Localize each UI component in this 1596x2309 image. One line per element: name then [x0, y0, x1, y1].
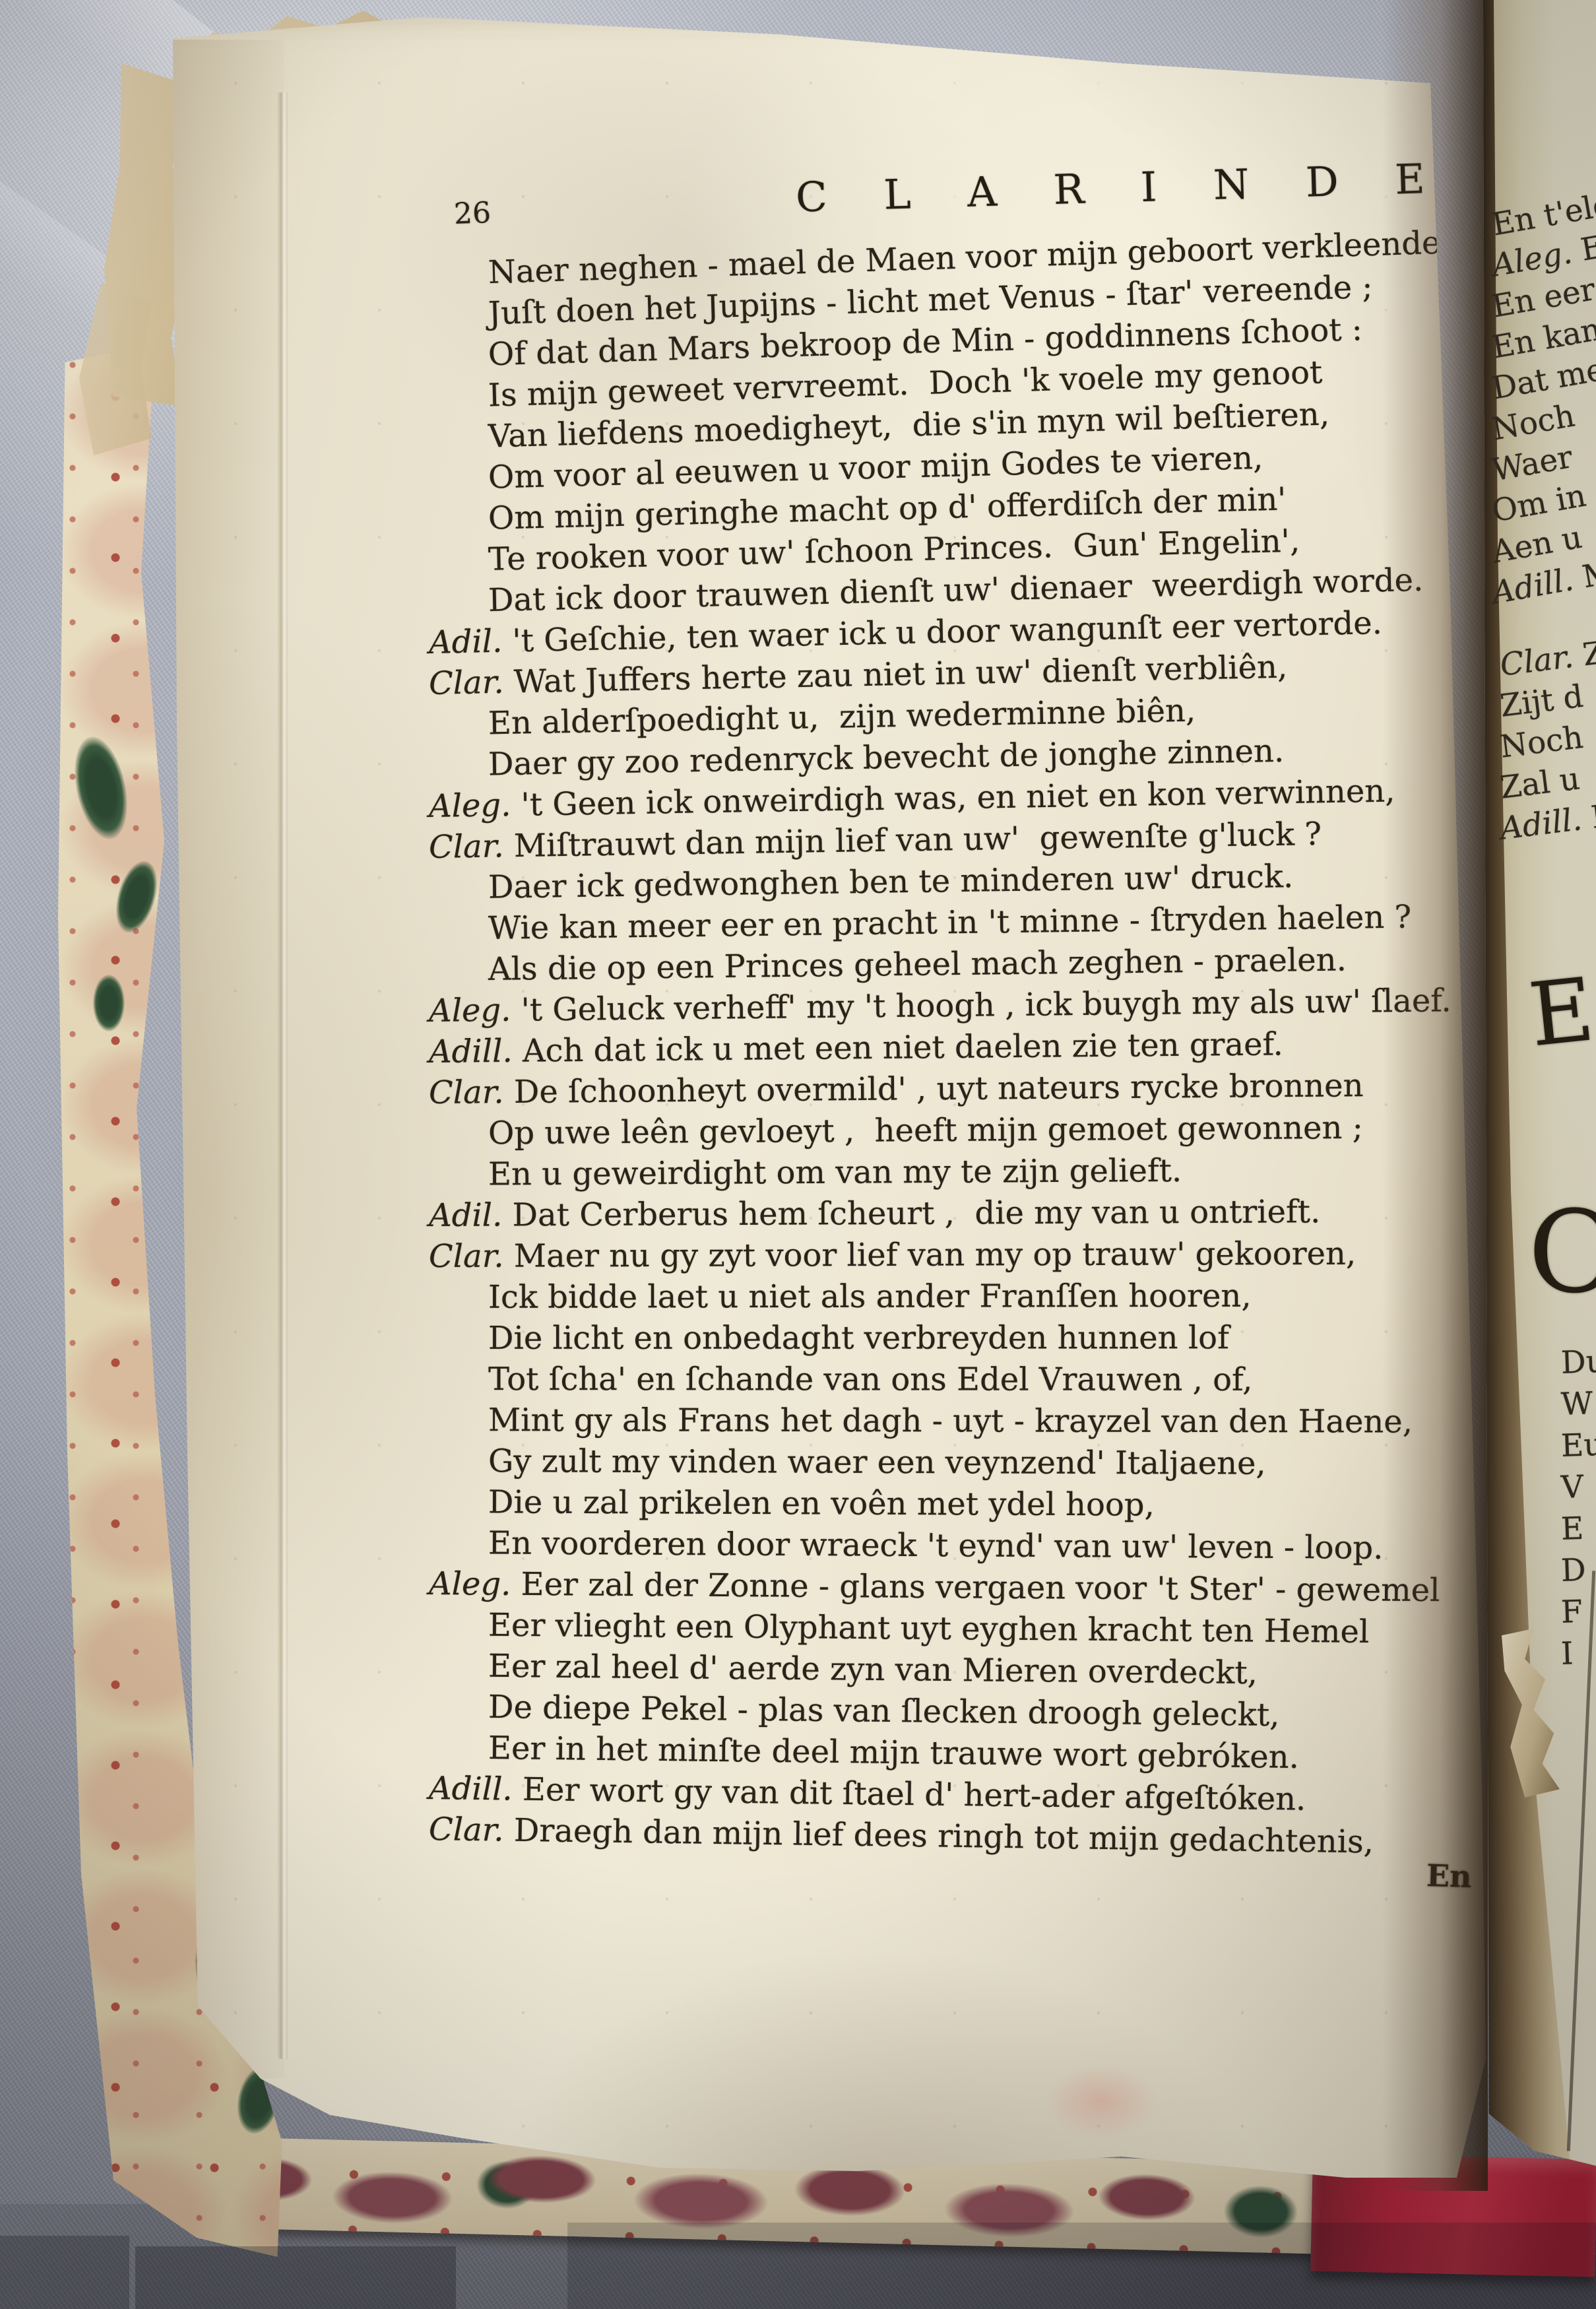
verse-line: Clar. De ſchoonheyt overmild' , uyt nate… — [429, 1064, 1471, 1113]
speaker-label: Adill. — [1498, 801, 1584, 847]
right-page-fragment: Eu — [1560, 1429, 1596, 1462]
speaker-label: Adill. — [429, 1033, 513, 1070]
speaker-label: Clar. — [429, 1238, 504, 1275]
book-page-left: 26 C L A R I N D E Naer neghen - mael de… — [0, 0, 1596, 2309]
heading-rest: en — [1593, 965, 1596, 1009]
page-number: 26 — [453, 196, 492, 231]
speaker-label: Aleg. — [429, 1565, 511, 1603]
right-page-fragment: I — [1560, 1638, 1574, 1670]
speaker-label: Clar. — [429, 828, 504, 866]
right-page-fragment: D — [1560, 1555, 1586, 1586]
verse-line: Adil. Dat Cerberus hem ſcheurt , die my … — [429, 1190, 1471, 1236]
right-page-fragment: Adill. I — [1498, 801, 1596, 845]
page-crease — [277, 92, 288, 2059]
verse-line: Ick bidde laet u niet als ander Franſſen… — [429, 1275, 1471, 1318]
right-page-fragment: Zijt d — [1498, 681, 1585, 722]
right-page-fragment: E — [1560, 1513, 1584, 1545]
speaker-label: Clar. — [429, 1811, 504, 1849]
verse-lines: Naer neghen - mael de Maen voor mijn geb… — [429, 254, 1471, 1850]
speaker-label: Clar. — [1498, 639, 1576, 684]
speaker-label: Aleg. — [429, 787, 511, 825]
speaker-label: Aleg. — [429, 992, 511, 1029]
verse-line: Aleg. Eer zal der Zonne - glans vergaen … — [429, 1563, 1471, 1611]
verse-line: En voorderen door wraeck 't eynd' van uw… — [429, 1522, 1471, 1569]
section-heading-fragment: Een — [1504, 949, 1596, 1074]
verse-line: Tot ſcha' en ſchande van ons Edel Vrauwe… — [429, 1359, 1471, 1400]
right-page-fragment: Noch — [1498, 722, 1585, 763]
book-page-right-sliver: En t'elcAleg. EdeEn eer sEn kanDat meNoc… — [1483, 0, 1596, 2166]
verse-line: Eer vlieght een Olyphant uyt eyghen krac… — [429, 1604, 1471, 1653]
photo-scene: 26 C L A R I N D E Naer neghen - mael de… — [0, 0, 1596, 2309]
photo-shadow — [567, 2223, 1596, 2309]
verse-line: Gy zult my vinden waer een veynzend' Ita… — [429, 1441, 1471, 1485]
verse-line: Op uwe leên gevloeyt , heeft mijn gemoet… — [429, 1107, 1471, 1154]
speaker-label: Clar. — [428, 664, 504, 702]
verse-line: Die u zal prikelen en voên met ydel hoop… — [429, 1481, 1471, 1527]
gutter-shadow — [1382, 0, 1488, 2191]
verse-line: Die licht en onbedaght verbreyden hunnen… — [429, 1317, 1471, 1359]
heading-initial: E — [1525, 959, 1596, 1066]
speaker-label: Clar. — [429, 1074, 504, 1111]
speaker-label: Adil. — [429, 1197, 503, 1234]
speaker-label: Adill. — [429, 1770, 513, 1808]
marble-green-blob — [93, 975, 125, 1031]
marble-green-blob — [66, 732, 135, 844]
verse-line: Mint gy als Frans het dagh - uyt - krayz… — [429, 1400, 1471, 1443]
verse-line: Clar. Maer nu gy zyt voor lief van my op… — [429, 1233, 1471, 1277]
right-page-fragment: Noch — [1490, 400, 1577, 445]
verse-line: Adill. Ach dat ick u met een niet daelen… — [429, 1022, 1471, 1072]
running-title: C L A R I N D E — [795, 154, 1447, 221]
right-page-fragment: F — [1560, 1596, 1583, 1628]
right-page-fragment: W — [1560, 1388, 1593, 1420]
speaker-label: Adil. — [428, 623, 502, 661]
right-page-fragment: Waer — [1490, 441, 1575, 486]
drop-cap: O — [1528, 1196, 1596, 1309]
verse-line: En u geweirdight om van my te zijn gelie… — [429, 1149, 1471, 1195]
photo-shadow — [0, 2236, 129, 2309]
right-page-fragment: Du — [1560, 1346, 1596, 1379]
right-page-fragment: V — [1560, 1472, 1584, 1503]
right-page-fragment: Clar. Zu — [1498, 635, 1596, 681]
photo-shadow — [135, 2246, 456, 2309]
right-page-fragment: Zal u — [1498, 763, 1581, 803]
